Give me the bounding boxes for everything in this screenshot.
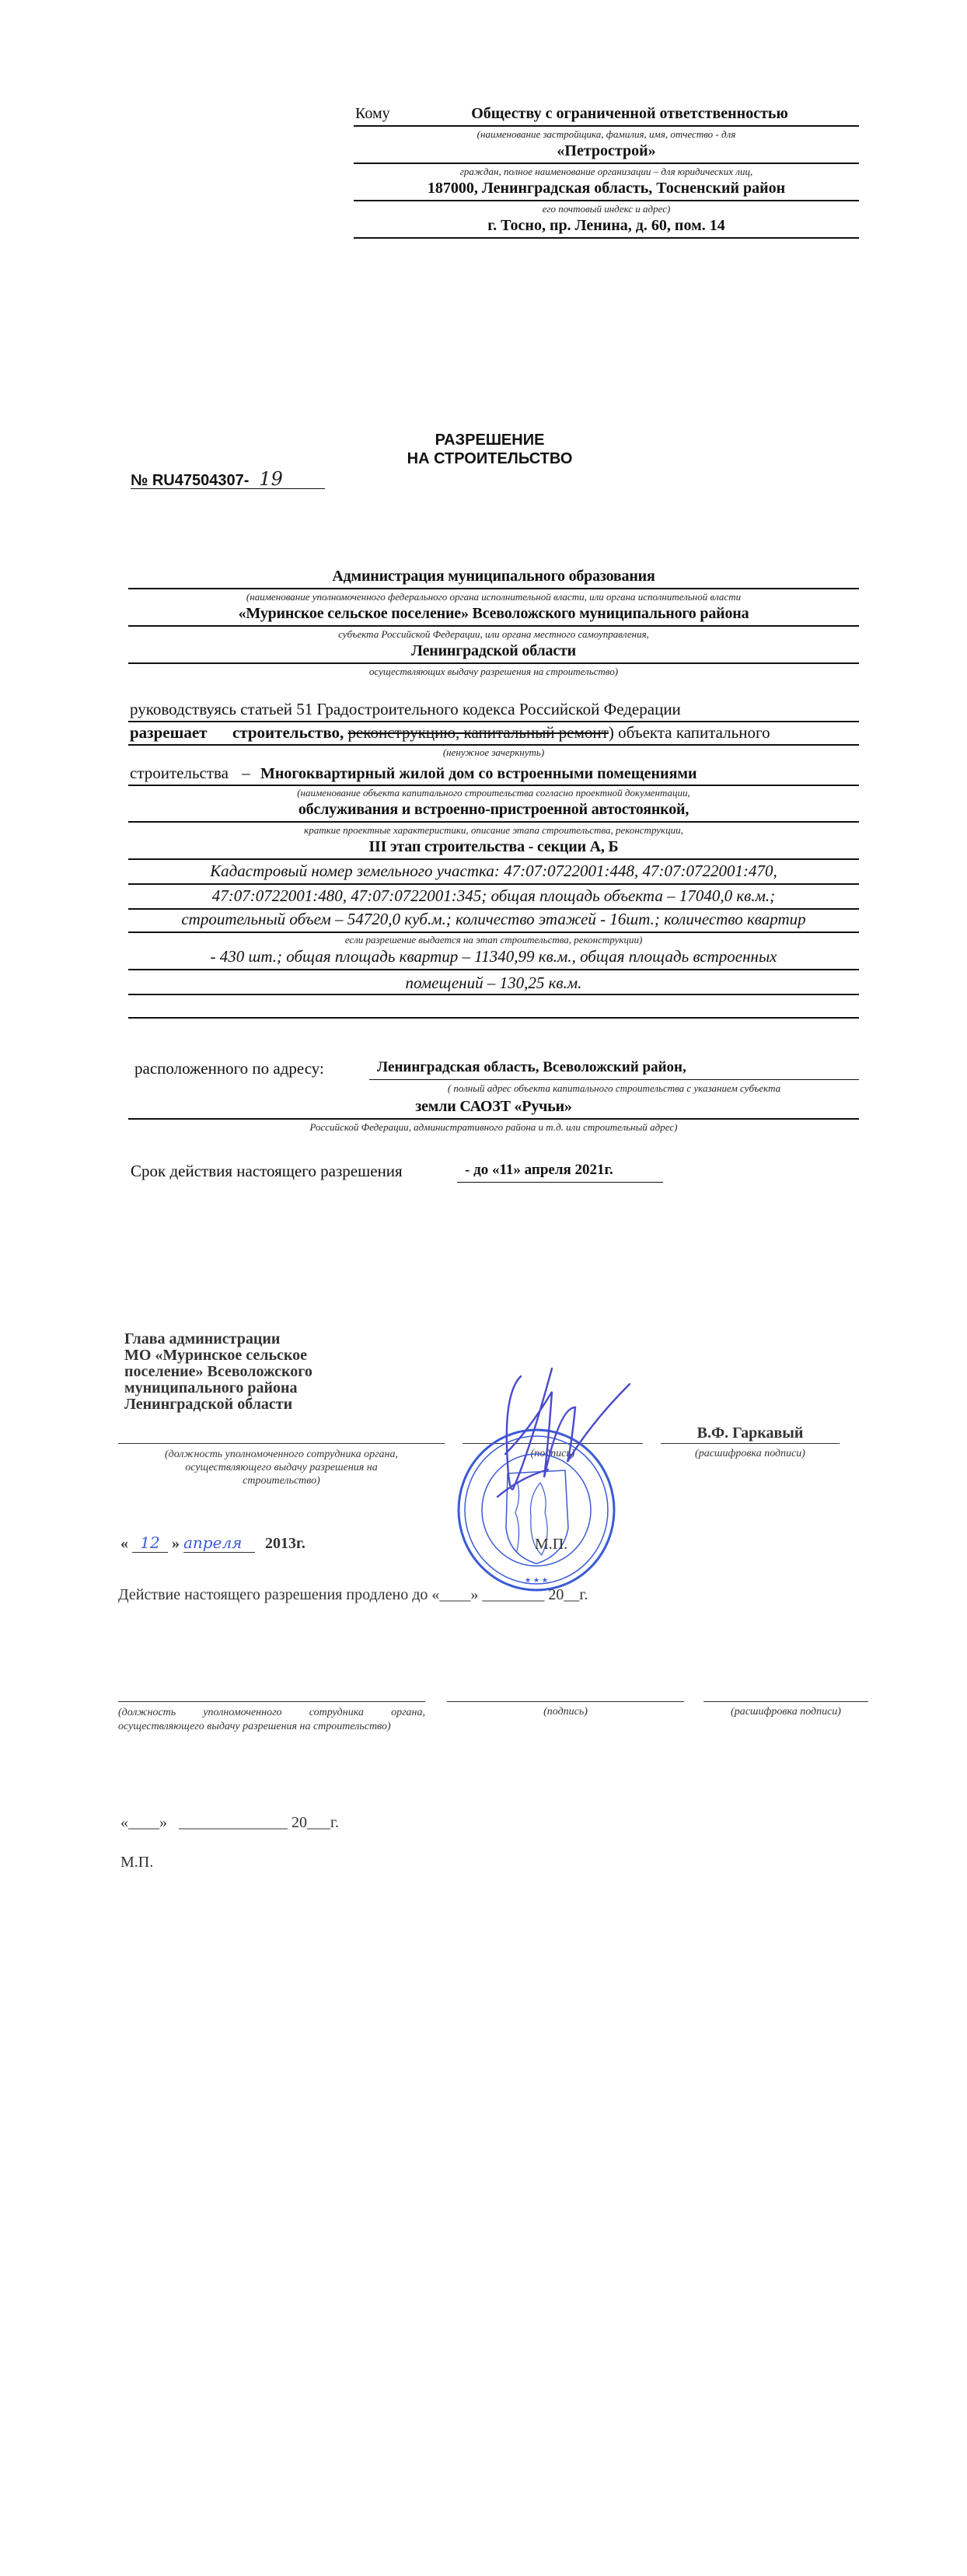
permits-tail: ) объекта капитального [609,723,770,742]
object-stage: III этап строительства - секции А, Б [128,838,859,856]
permits-kept: строительство, [232,723,344,742]
object-detail-5: помещений – 130,25 кв.м. [128,973,859,993]
object-name-line2: обслуживания и встроенно-пристроенной ав… [128,801,859,819]
signature-icon [474,1361,637,1508]
validity-value: - до «11» апреля 2021г. [465,1162,613,1179]
location-line1: Ленинградская область, Всеволожский райо… [377,1059,686,1076]
issue-date-month: апреля [183,1533,255,1553]
issue-date-year: 2013г. [265,1535,305,1552]
permits-struck: реконструкцию, капитальный ремонт [348,723,609,742]
signatory-position-line5: Ленинградской области [124,1396,312,1413]
signatory-position-line2: МО «Муринское сельское [124,1347,312,1364]
location-hint1: ( полный адрес объекта капитального стро… [369,1082,859,1095]
object-detail-4: - 430 шт.; общая площадь квартир – 11340… [128,947,859,966]
object-dash: – [242,764,250,782]
issuer-line2: «Муринское сельское поселение» Всеволожс… [128,605,859,623]
signatory-position-line3: поселение» Всеволожского [124,1364,312,1380]
issue-date-day: 12 [132,1533,168,1553]
extension-name-hint: (расшифровка подписи) [703,1706,868,1718]
addressee-name-line1: Обществу с ограниченной ответственностью [400,105,859,123]
object-label-row: строительства – Многоквартирный жилой до… [130,764,697,783]
svg-text:★ ★ ★: ★ ★ ★ [525,1577,548,1585]
object-detail-3: строительный объем – 54720,0 куб.м.; кол… [128,910,859,929]
object-detail-1: Кадастровый номер земельного участка: 47… [128,862,859,881]
issuer-hint3: осуществляющих выдачу разрешения на стро… [128,666,859,678]
issuer-hint1: (наименование уполномоченного федерально… [128,591,859,603]
issuer-line3: Ленинградской области [128,642,859,660]
signatory-position-hint: (должность уполномоченного сотрудника ор… [118,1448,445,1487]
extension-date: «____» ______________ 20___г. [120,1814,339,1832]
basis-text: руководствуясь статьей 51 Градостроитель… [130,700,681,719]
location-line2: земли САОЗТ «Ручьи» [128,1098,859,1116]
object-hint1: (наименование объекта капитального строи… [128,787,859,799]
validity-label: Срок действия настоящего разрешения [131,1162,403,1181]
stamp-label: М.П. [535,1536,567,1554]
location-hint2: Российской Федерации, административного … [128,1121,859,1134]
addressee-address-line1: 187000, Ленинградская область, Тосненски… [354,180,859,197]
addressee-hint1: (наименование застройщика, фамилия, имя,… [354,128,859,141]
object-hint3: если разрешение выдается на этап строите… [128,934,859,946]
permit-number: № RU47504307- 19 [131,468,283,490]
object-detail-2: 47:07:0722001:480, 47:07:0722001:345; об… [128,886,859,906]
title-line1: РАЗРЕШЕНИЕ [311,431,669,449]
issue-date: « 12 » апреля 2013г. [120,1533,305,1553]
signatory-name-hint: (расшифровка подписи) [661,1448,840,1460]
extension-signature-hint: (подпись) [447,1706,684,1718]
signatory-position: Глава администрации МО «Муринское сельск… [124,1331,312,1413]
object-hint2: краткие проектные характеристики, описан… [128,824,859,837]
signatory-position-line1: Глава администрации [124,1331,312,1347]
object-label: строительства [130,764,229,782]
title-line2: НА СТРОИТЕЛЬСТВО [311,449,669,468]
addressee-hint3: его почтовый индекс и адрес) [354,203,859,215]
extension-position-hint: (должность уполномоченного сотрудника ор… [118,1706,425,1734]
addressee-label: Кому [355,105,390,123]
extension-stamp-label: М.П. [120,1854,153,1872]
issuer-line1: Администрация муниципального образования [128,568,859,585]
permit-number-prefix: № RU47504307- [131,472,249,489]
extension-text: Действие настоящего разрешения продлено … [118,1586,588,1604]
permits-row: разрешает строительство, реконструкцию, … [130,723,770,743]
signatory-name: В.Ф. Гаркавый [661,1424,840,1442]
location-label: расположенного по адресу: [134,1059,324,1078]
signatory-position-line4: муниципального района [124,1380,312,1396]
addressee-hint2: граждан, полное наименование организации… [354,166,859,178]
struck-hint: (ненужное зачеркнуть) [128,746,859,759]
document-title: РАЗРЕШЕНИЕ НА СТРОИТЕЛЬСТВО [311,431,669,468]
addressee-name-line2: «Петрострой» [354,142,859,160]
permit-number-handwritten: 19 [259,468,283,490]
addressee-address-line2: г. Тосно, пр. Ленина, д. 60, пом. 14 [354,217,859,235]
permits-label: разрешает [130,723,207,742]
object-name-line1: Многоквартирный жилой дом со встроенными… [260,765,697,782]
issuer-hint2: субъекта Российской Федерации, или орган… [128,628,859,641]
